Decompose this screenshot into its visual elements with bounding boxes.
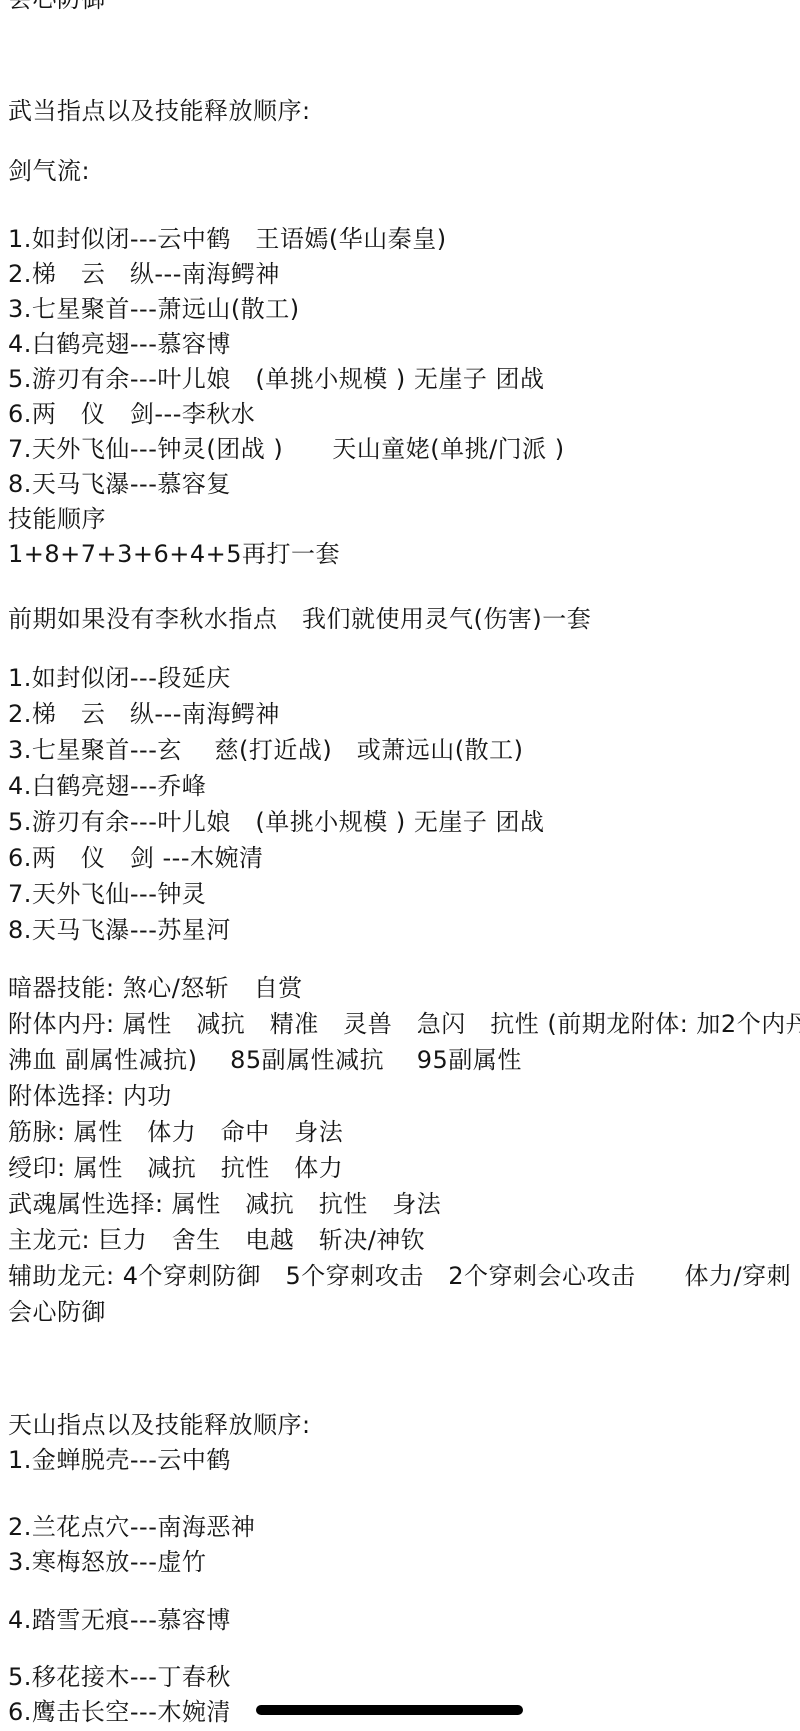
spacer [8, 1478, 800, 1510]
jianqi-flow-header: 剑气流: [8, 154, 800, 189]
spacer [8, 1330, 800, 1408]
wudang-lingqi-item-5: 5.游刃有余---叶儿娘 (单挑小规模 ) 无崖子 团战 [8, 804, 800, 840]
spacer [8, 1580, 800, 1603]
wudang-jianqi-item-5: 5.游刃有余---叶儿娘 (单挑小规模 ) 无崖子 团战 [8, 362, 800, 397]
shouyin-line: 绶印: 属性 减抗 抗性 体力 [8, 1150, 800, 1186]
wudang-lingqi-item-7: 7.天外飞仙---钟灵 [8, 876, 800, 912]
wudang-jianqi-item-7: 7.天外飞仙---钟灵(团战 ) 天山童姥(单挑/门派 ) [8, 432, 800, 467]
wudang-lingqi-item-8: 8.天马飞瀑---苏星河 [8, 912, 800, 948]
wudang-jianqi-item-6: 6.两 仪 剑---李秋水 [8, 397, 800, 432]
wudang-jianqi-item-4: 4.白鹤亮翅---慕容博 [8, 327, 800, 362]
wudang-section-header: 武当指点以及技能释放顺序: [8, 94, 800, 129]
document-page: 会心防御 武当指点以及技能释放顺序: 剑气流: 1.如封似闭---云中鹤 王语嫣… [0, 0, 800, 1730]
wudang-lingqi-item-3: 3.七星聚首---玄 慈(打近战) 或萧远山(散工) [8, 732, 800, 768]
tianshan-item-3: 3.寒梅怒放---虚竹 [8, 1545, 800, 1580]
wudang-jianqi-item-2: 2.梯 云 纵---南海鳄神 [8, 257, 800, 292]
wudang-lingqi-item-2: 2.梯 云 纵---南海鳄神 [8, 696, 800, 732]
wuhun-attribute-line: 武魂属性选择: 属性 减抗 抗性 身法 [8, 1186, 800, 1222]
skill-order-sequence: 1+8+7+3+6+4+5再打一套 [8, 537, 800, 572]
spacer [8, 189, 800, 222]
redaction-bar [256, 1705, 523, 1715]
overflow-line-top: 会心防御 [8, 0, 800, 17]
spacer [8, 1638, 800, 1660]
spacer [8, 17, 800, 94]
aux-longyuan-line-1: 辅助龙元: 4个穿刺防御 5个穿刺攻击 2个穿刺会心攻击 体力/穿刺 [8, 1258, 800, 1294]
tianshan-item-4: 4.踏雪无痕---慕容博 [8, 1603, 800, 1638]
tianshan-item-2: 2.兰花点穴---南海恶神 [8, 1510, 800, 1545]
spacer [8, 948, 800, 970]
lingqi-note-line: 前期如果没有李秋水指点 我们就使用灵气(伤害)一套 [8, 602, 800, 637]
wudang-jianqi-item-1: 1.如封似闭---云中鹤 王语嫣(华山秦皇) [8, 222, 800, 257]
spacer [8, 572, 800, 602]
wudang-jianqi-item-8: 8.天马飞瀑---慕容复 [8, 467, 800, 502]
attach-neidan-line-1: 附体内丹: 属性 减抗 精准 灵兽 急闪 抗性 (前期龙附体: 加2个内丹 [8, 1006, 800, 1042]
main-longyuan-line: 主龙元: 巨力 舍生 电越 斩决/神钦 [8, 1222, 800, 1258]
wudang-lingqi-item-1: 1.如封似闭---段延庆 [8, 660, 800, 696]
spacer [8, 637, 800, 660]
tianshan-item-1: 1.金蝉脱壳---云中鹤 [8, 1443, 800, 1478]
attach-neidan-line-2: 沸血 副属性减抗) 85副属性减抗 95副属性 [8, 1042, 800, 1078]
wudang-jianqi-item-3: 3.七星聚首---萧远山(散工) [8, 292, 800, 327]
attach-choice-line: 附体选择: 内功 [8, 1078, 800, 1114]
skill-order-label: 技能顺序 [8, 502, 800, 537]
tianshan-item-5: 5.移花接木---丁春秋 [8, 1660, 800, 1695]
hidden-weapon-skills-line: 暗器技能: 煞心/怒斩 自赏 [8, 970, 800, 1006]
wudang-lingqi-item-4: 4.白鹤亮翅---乔峰 [8, 768, 800, 804]
wudang-lingqi-item-6: 6.两 仪 剑 ---木婉清 [8, 840, 800, 876]
tianshan-section-header: 天山指点以及技能释放顺序: [8, 1408, 800, 1443]
spacer [8, 129, 800, 154]
jinmai-line: 筋脉: 属性 体力 命中 身法 [8, 1114, 800, 1150]
aux-longyuan-line-2: 会心防御 [8, 1294, 800, 1330]
